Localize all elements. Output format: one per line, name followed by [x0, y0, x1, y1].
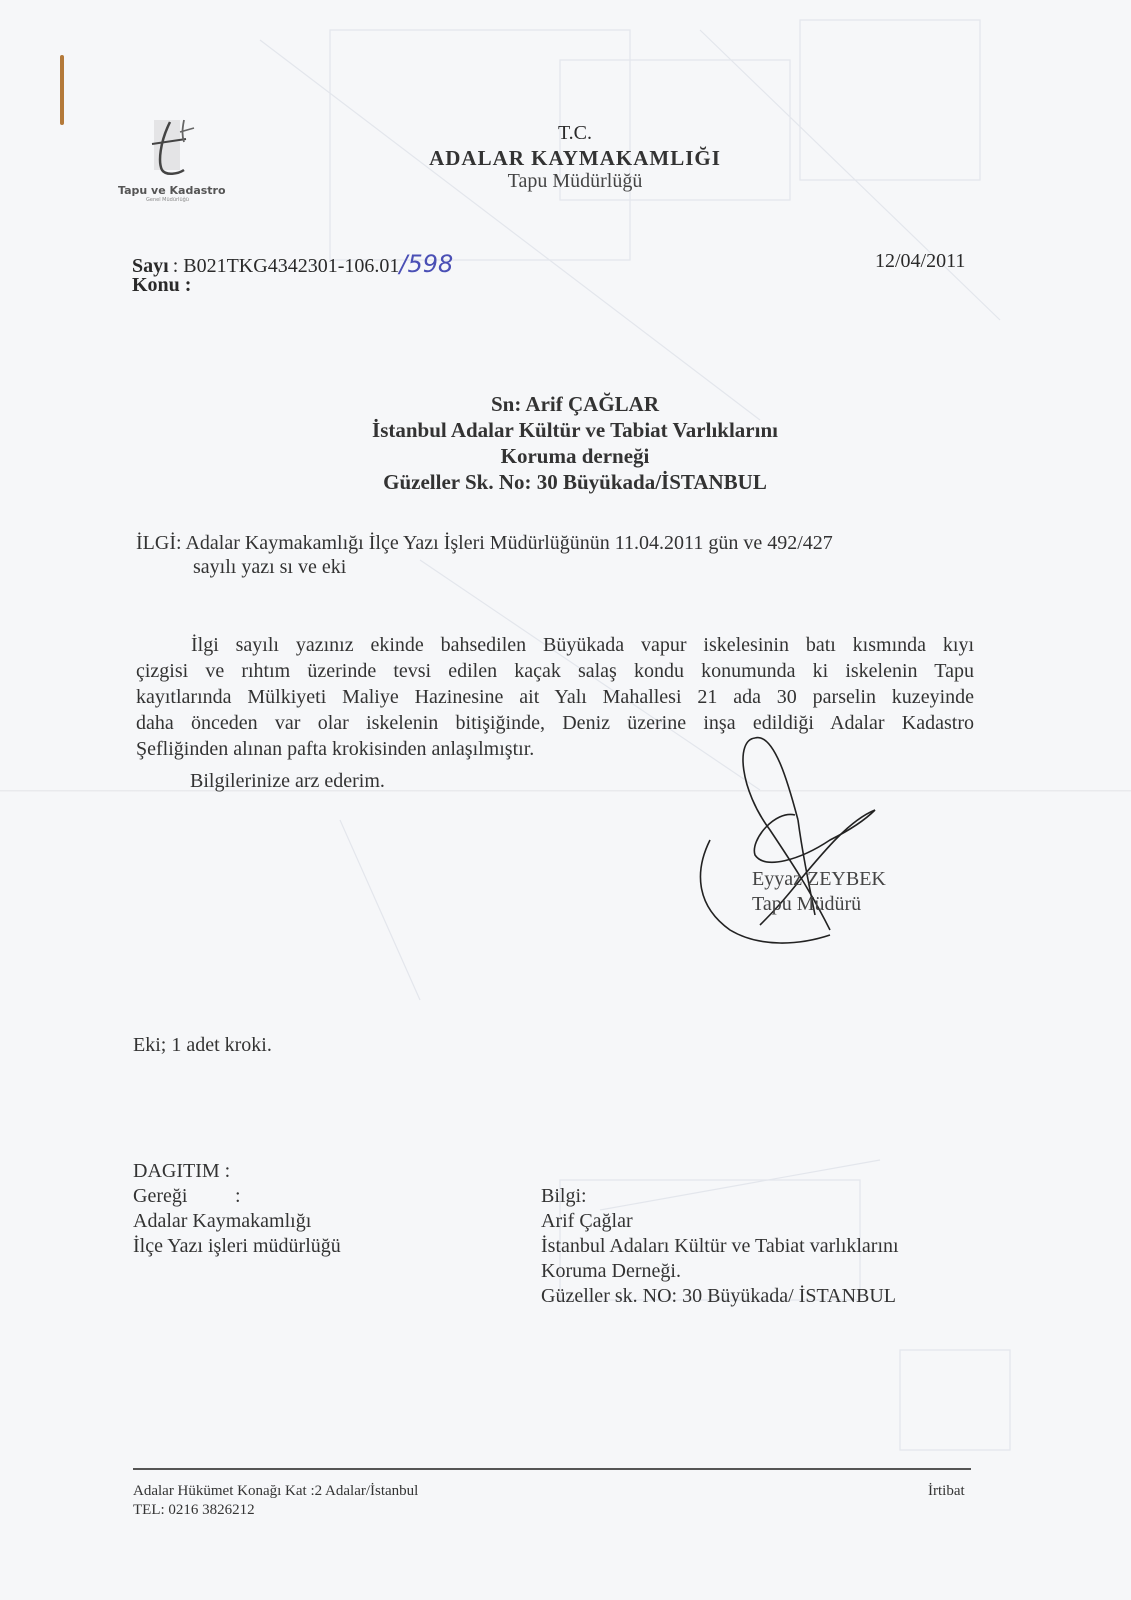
bilgi-recipient: İstanbul Adaları Kültür ve Tabiat varlık… [541, 1235, 899, 1258]
gereği-label: Gereği [133, 1185, 187, 1208]
footer-contact-label: İrtibat [928, 1483, 965, 1500]
body-line: İlgi sayılı yazınız ekinde bahsedilen Bü… [136, 632, 974, 658]
footer-phone: TEL: 0216 3826212 [133, 1502, 255, 1519]
konu-label: Konu : [132, 274, 191, 297]
recipient-address: Güzeller Sk. No: 30 Büyükada/İSTANBUL [340, 470, 810, 495]
signatory-title: Tapu Müdürü [752, 893, 861, 916]
gereği-recipient: İlçe Yazı işleri müdürlüğü [133, 1235, 341, 1258]
handwritten-number: /598 [399, 250, 453, 278]
signatory-name: Eyyaz ZEYBEK [752, 868, 886, 891]
footer-address: Adalar Hükümet Konağı Kat :2 Adalar/İsta… [133, 1483, 418, 1500]
tk-monogram-icon [140, 112, 200, 182]
recipient-name: Sn: Arif ÇAĞLAR [340, 392, 810, 417]
recipient-org-cont: Koruma derneği [340, 444, 810, 469]
attachment-note: Eki; 1 adet kroki. [133, 1034, 272, 1057]
closing-text: Bilgilerinize arz ederim. [190, 770, 385, 793]
ilgi-text-cont: sayılı yazı sı ve eki [193, 556, 346, 579]
bilgi-recipient: Koruma Derneği. [541, 1260, 681, 1283]
distribution-heading: DAGITIM : [133, 1160, 230, 1183]
body-line: kayıtlarında Mülkiyeti Maliye Hazinesine… [136, 684, 974, 710]
body-line: çizgisi ve rıhtım üzerinde tevsi edilen … [136, 658, 974, 684]
bilgi-label: Bilgi: [541, 1185, 587, 1208]
footer-divider [133, 1468, 971, 1470]
header-department: Tapu Müdürlüğü [380, 170, 770, 193]
gereği-colon: : [235, 1185, 241, 1208]
ilgi-label: İLGİ: [136, 532, 182, 554]
sayi-value: : B021TKG4342301-106.01 [173, 255, 400, 277]
recipient-org: İstanbul Adalar Kültür ve Tabiat Varlıkl… [340, 418, 810, 443]
logo-subtitle: Genel Müdürlüğü [146, 197, 268, 203]
staple-mark [60, 55, 64, 125]
paper-fold [0, 790, 1131, 792]
signature-scribble-icon [680, 730, 920, 950]
header-authority: ADALAR KAYMAKAMLIĞI [380, 146, 770, 171]
document-date: 12/04/2011 [875, 250, 965, 273]
gereği-recipient: Adalar Kaymakamlığı [133, 1210, 311, 1233]
header-tc: T.C. [380, 122, 770, 145]
bilgi-recipient: Güzeller sk. NO: 30 Büyükada/ İSTANBUL [541, 1285, 896, 1308]
institution-logo: Tapu ve Kadastro Genel Müdürlüğü [118, 112, 268, 203]
ilgi-line: İLGİ: Adalar Kaymakamlığı İlçe Yazı İşle… [136, 532, 833, 555]
logo-title: Tapu ve Kadastro [118, 184, 268, 197]
background-sketch [0, 0, 1131, 1600]
bilgi-recipient: Arif Çağlar [541, 1210, 633, 1233]
ilgi-text: Adalar Kaymakamlığı İlçe Yazı İşleri Müd… [185, 532, 832, 554]
